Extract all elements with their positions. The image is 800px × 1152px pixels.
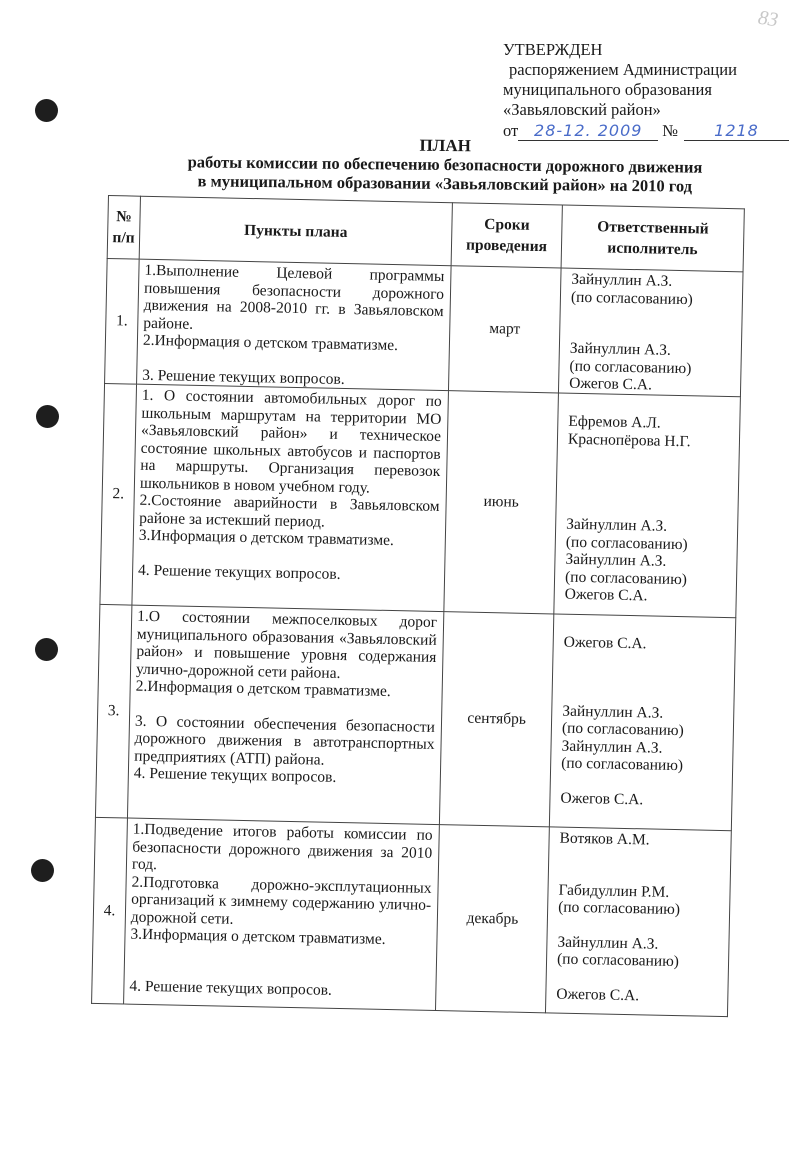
document-title: ПЛАН работы комиссии по обеспечению безо… [150, 133, 741, 196]
row-number: 3. [95, 604, 131, 818]
responsible-person: Краснопёрова Н.Г. [568, 430, 735, 451]
table-row: 2.1. О состоянии автомобильных дорог по … [100, 383, 740, 617]
punch-hole [35, 638, 58, 661]
header-term: Сроки проведения [451, 203, 562, 268]
plan-item: 1.Выполнение Целевой программы повышения… [143, 262, 444, 338]
plan-item: 1. О состоянии автомобильных дорог по шк… [140, 387, 442, 498]
table-row: 4.1.Подведение итогов работы комиссии по… [92, 817, 732, 1016]
responsible-person: (по согласованию) [557, 951, 724, 972]
term-cell: сентябрь [439, 612, 553, 827]
page-number: 83 [756, 7, 779, 33]
responsible-cell: Ожегов С.А.Зайнуллин А.З.(по согласовани… [549, 614, 735, 831]
plan-item: 1.О состоянии межпоселковых дорог муници… [136, 608, 437, 684]
plan-items-cell: 1.Подведение итогов работы комиссии по б… [124, 818, 440, 1010]
plan-item: 3. О состоянии обеспечения безопасности … [134, 712, 435, 771]
plan-table: № п/п Пункты плана Сроки проведения Отве… [91, 195, 745, 1017]
plan-item: 1.Подведение итогов работы комиссии по б… [132, 821, 433, 880]
responsible-person: Ожегов С.А. [560, 789, 727, 810]
header-item: Пункты плана [139, 196, 452, 266]
responsible-person: Ожегов С.А. [569, 375, 736, 396]
responsible-person: Ожегов С.А. [565, 586, 732, 607]
responsible-person: (по согласованию) [561, 755, 728, 776]
header-num: № п/п [107, 196, 140, 260]
table-row: 1.1.Выполнение Целевой программы повышен… [105, 258, 743, 396]
header-resp: Ответственный исполнитель [561, 205, 744, 272]
punch-hole [36, 405, 59, 428]
row-number: 4. [92, 817, 128, 1004]
approval-line: «Завьяловский район» [503, 100, 789, 120]
responsible-person: Вотяков А.М. [559, 830, 726, 851]
plan-items-cell: 1.О состоянии межпоселковых дорог муници… [127, 605, 443, 824]
responsible-person: (по согласованию) [558, 899, 725, 920]
term-cell: март [448, 266, 561, 393]
responsible-cell: Вотяков А.М.Габидуллин Р.М.(по согласова… [545, 827, 731, 1017]
responsible-cell: Ефремов А.Л.Краснопёрова Н.Г.Зайнуллин А… [554, 393, 741, 618]
responsible-person: Ожегов С.А. [564, 634, 731, 655]
plan-table-wrapper: № п/п Пункты плана Сроки проведения Отве… [91, 195, 744, 1017]
responsible-person: (по согласованию) [571, 288, 738, 309]
approval-heading: УТВЕРЖДЕН [503, 40, 789, 60]
table-row: 3.1.О состоянии межпоселковых дорог муни… [95, 604, 735, 830]
approval-line: муниципального образования [503, 80, 789, 100]
row-number: 1. [105, 258, 140, 384]
responsible-cell: Зайнуллин А.З.(по согласованию)Зайнуллин… [558, 268, 743, 397]
punch-hole [31, 859, 54, 882]
term-cell: декабрь [435, 825, 549, 1013]
plan-items-cell: 1. О состоянии автомобильных дорог по шк… [132, 384, 449, 611]
punch-hole [35, 99, 58, 122]
approval-stamp: УТВЕРЖДЕН распоряжением Администрации му… [503, 40, 789, 141]
term-cell: июнь [444, 391, 559, 614]
row-number: 2. [100, 383, 137, 605]
approval-line: распоряжением Администрации [503, 60, 789, 80]
plan-items-cell: 1.Выполнение Целевой программы повышения… [137, 259, 452, 391]
responsible-person: Ожегов С.А. [556, 985, 723, 1006]
plan-item: 2.Подготовка дорожно-эксплутационных орг… [131, 873, 432, 932]
table-body: 1.1.Выполнение Целевой программы повышен… [92, 258, 743, 1016]
